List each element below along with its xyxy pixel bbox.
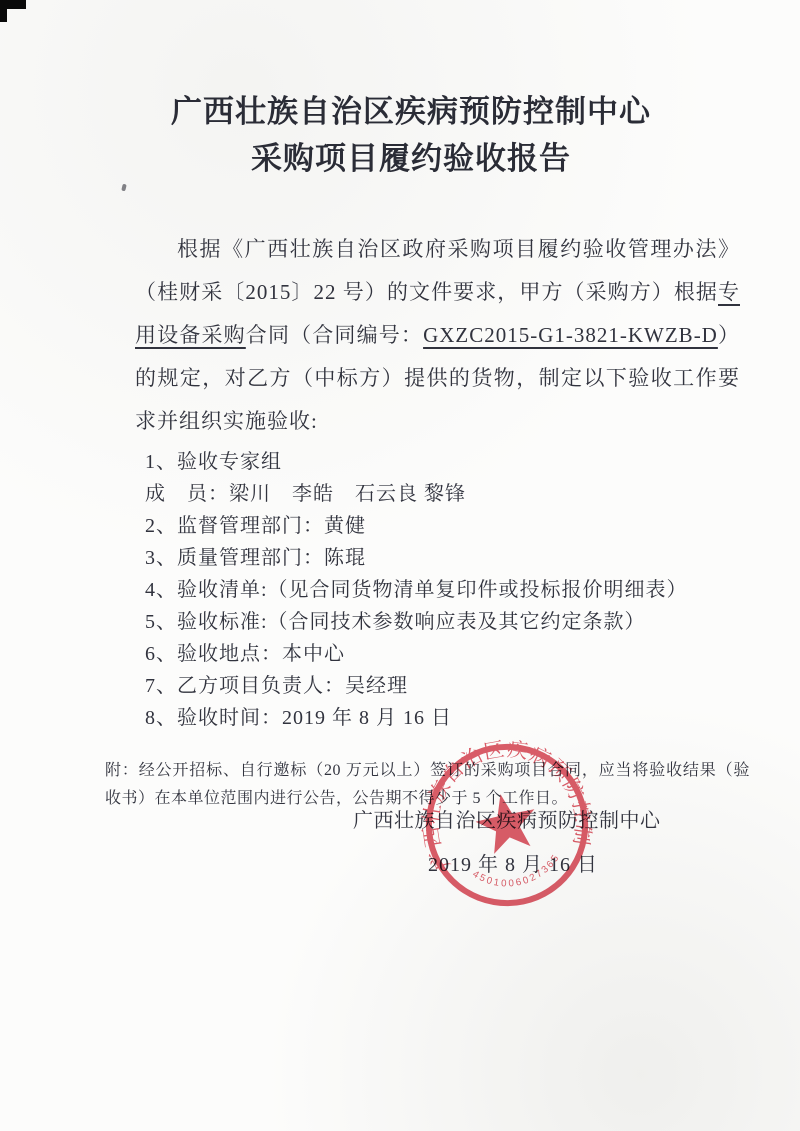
list-item-expert-group: 1、验收专家组: [145, 446, 760, 478]
list-item-members: 成 员：梁川 李皓 石云良 黎锋: [145, 478, 760, 510]
intro-text-1: 根据《广西壮族自治区政府采购项目履约验收管理办法》（桂财采〔2015〕22 号）…: [135, 237, 740, 304]
page-title-line-2: 采购项目履约验收报告: [22, 135, 800, 182]
intro-text-2: 合同（合同编号：: [246, 323, 423, 347]
list-item-acceptance-date: 8、验收时间：2019 年 8 月 16 日: [145, 702, 760, 734]
acceptance-requirements-list: 1、验收专家组 成 员：梁川 李皓 石云良 黎锋 2、监督管理部门：黄健 3、质…: [145, 446, 760, 734]
list-item-acceptance-location: 6、验收地点：本中心: [145, 638, 760, 670]
scan-artifact-corner-edge: [0, 0, 7, 22]
intro-paragraph: 根据《广西壮族自治区政府采购项目履约验收管理办法》（桂财采〔2015〕22 号）…: [135, 228, 740, 443]
page-title: 广西壮族自治区疾病预防控制中心 采购项目履约验收报告: [22, 88, 800, 182]
signature-organization: 广西壮族自治区疾病预防控制中心: [353, 804, 661, 833]
list-item-vendor-manager: 7、乙方项目负责人：吴经理: [145, 670, 760, 702]
list-item-acceptance-checklist: 4、验收清单:（见合同货物清单复印件或投标报价明细表）: [145, 574, 760, 606]
list-item-supervision-dept: 2、监督管理部门：黄健: [145, 510, 760, 542]
list-item-acceptance-standard: 5、验收标准:（合同技术参数响应表及其它约定条款）: [145, 606, 760, 638]
contract-number: GXZC2015-G1-3821-KWZB-D: [423, 323, 718, 347]
list-item-quality-dept: 3、质量管理部门：陈琨: [145, 542, 760, 574]
signature-date: 2019 年 8 月 16 日: [428, 848, 598, 877]
page-title-line-1: 广西壮族自治区疾病预防控制中心: [22, 88, 800, 135]
ink-speck: [121, 184, 127, 192]
document-page: 广西壮族自治区疾病预防控制中心 采购项目履约验收报告 根据《广西壮族自治区政府采…: [0, 0, 800, 1131]
